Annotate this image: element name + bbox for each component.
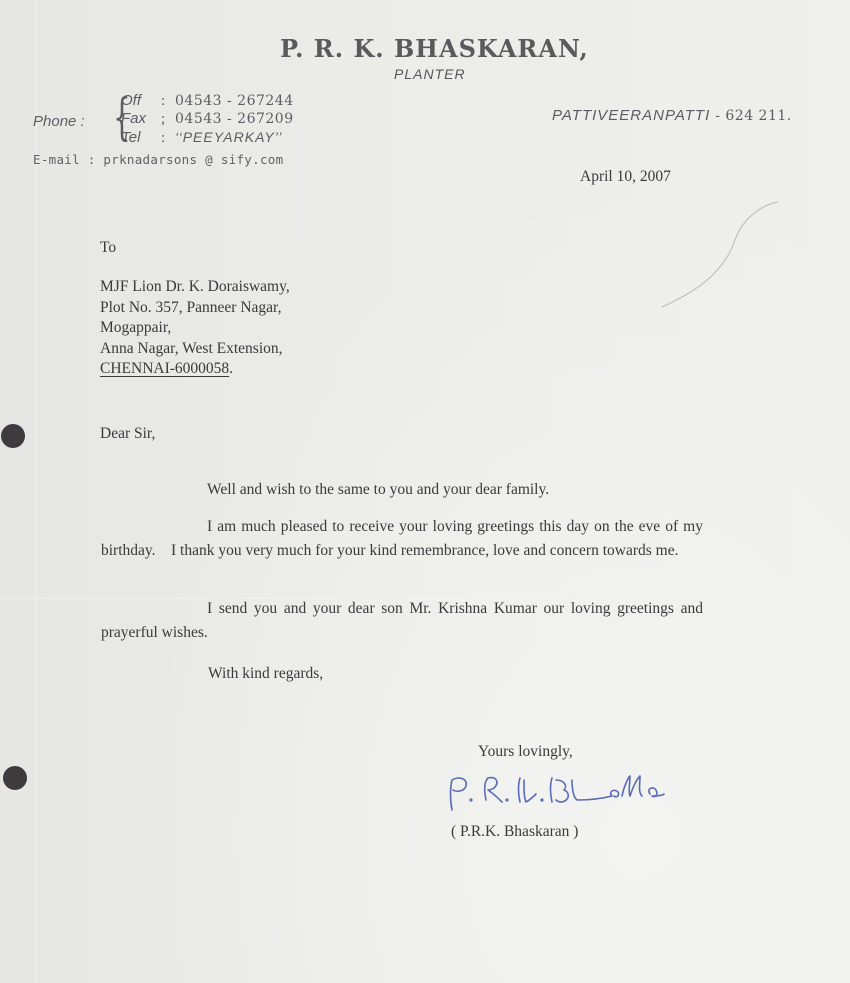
- scanned-letter-page: P. R. K. BHASKARAN, PLANTER Phone : { Of…: [0, 0, 850, 983]
- pencil-scratch-mark: [0, 0, 850, 983]
